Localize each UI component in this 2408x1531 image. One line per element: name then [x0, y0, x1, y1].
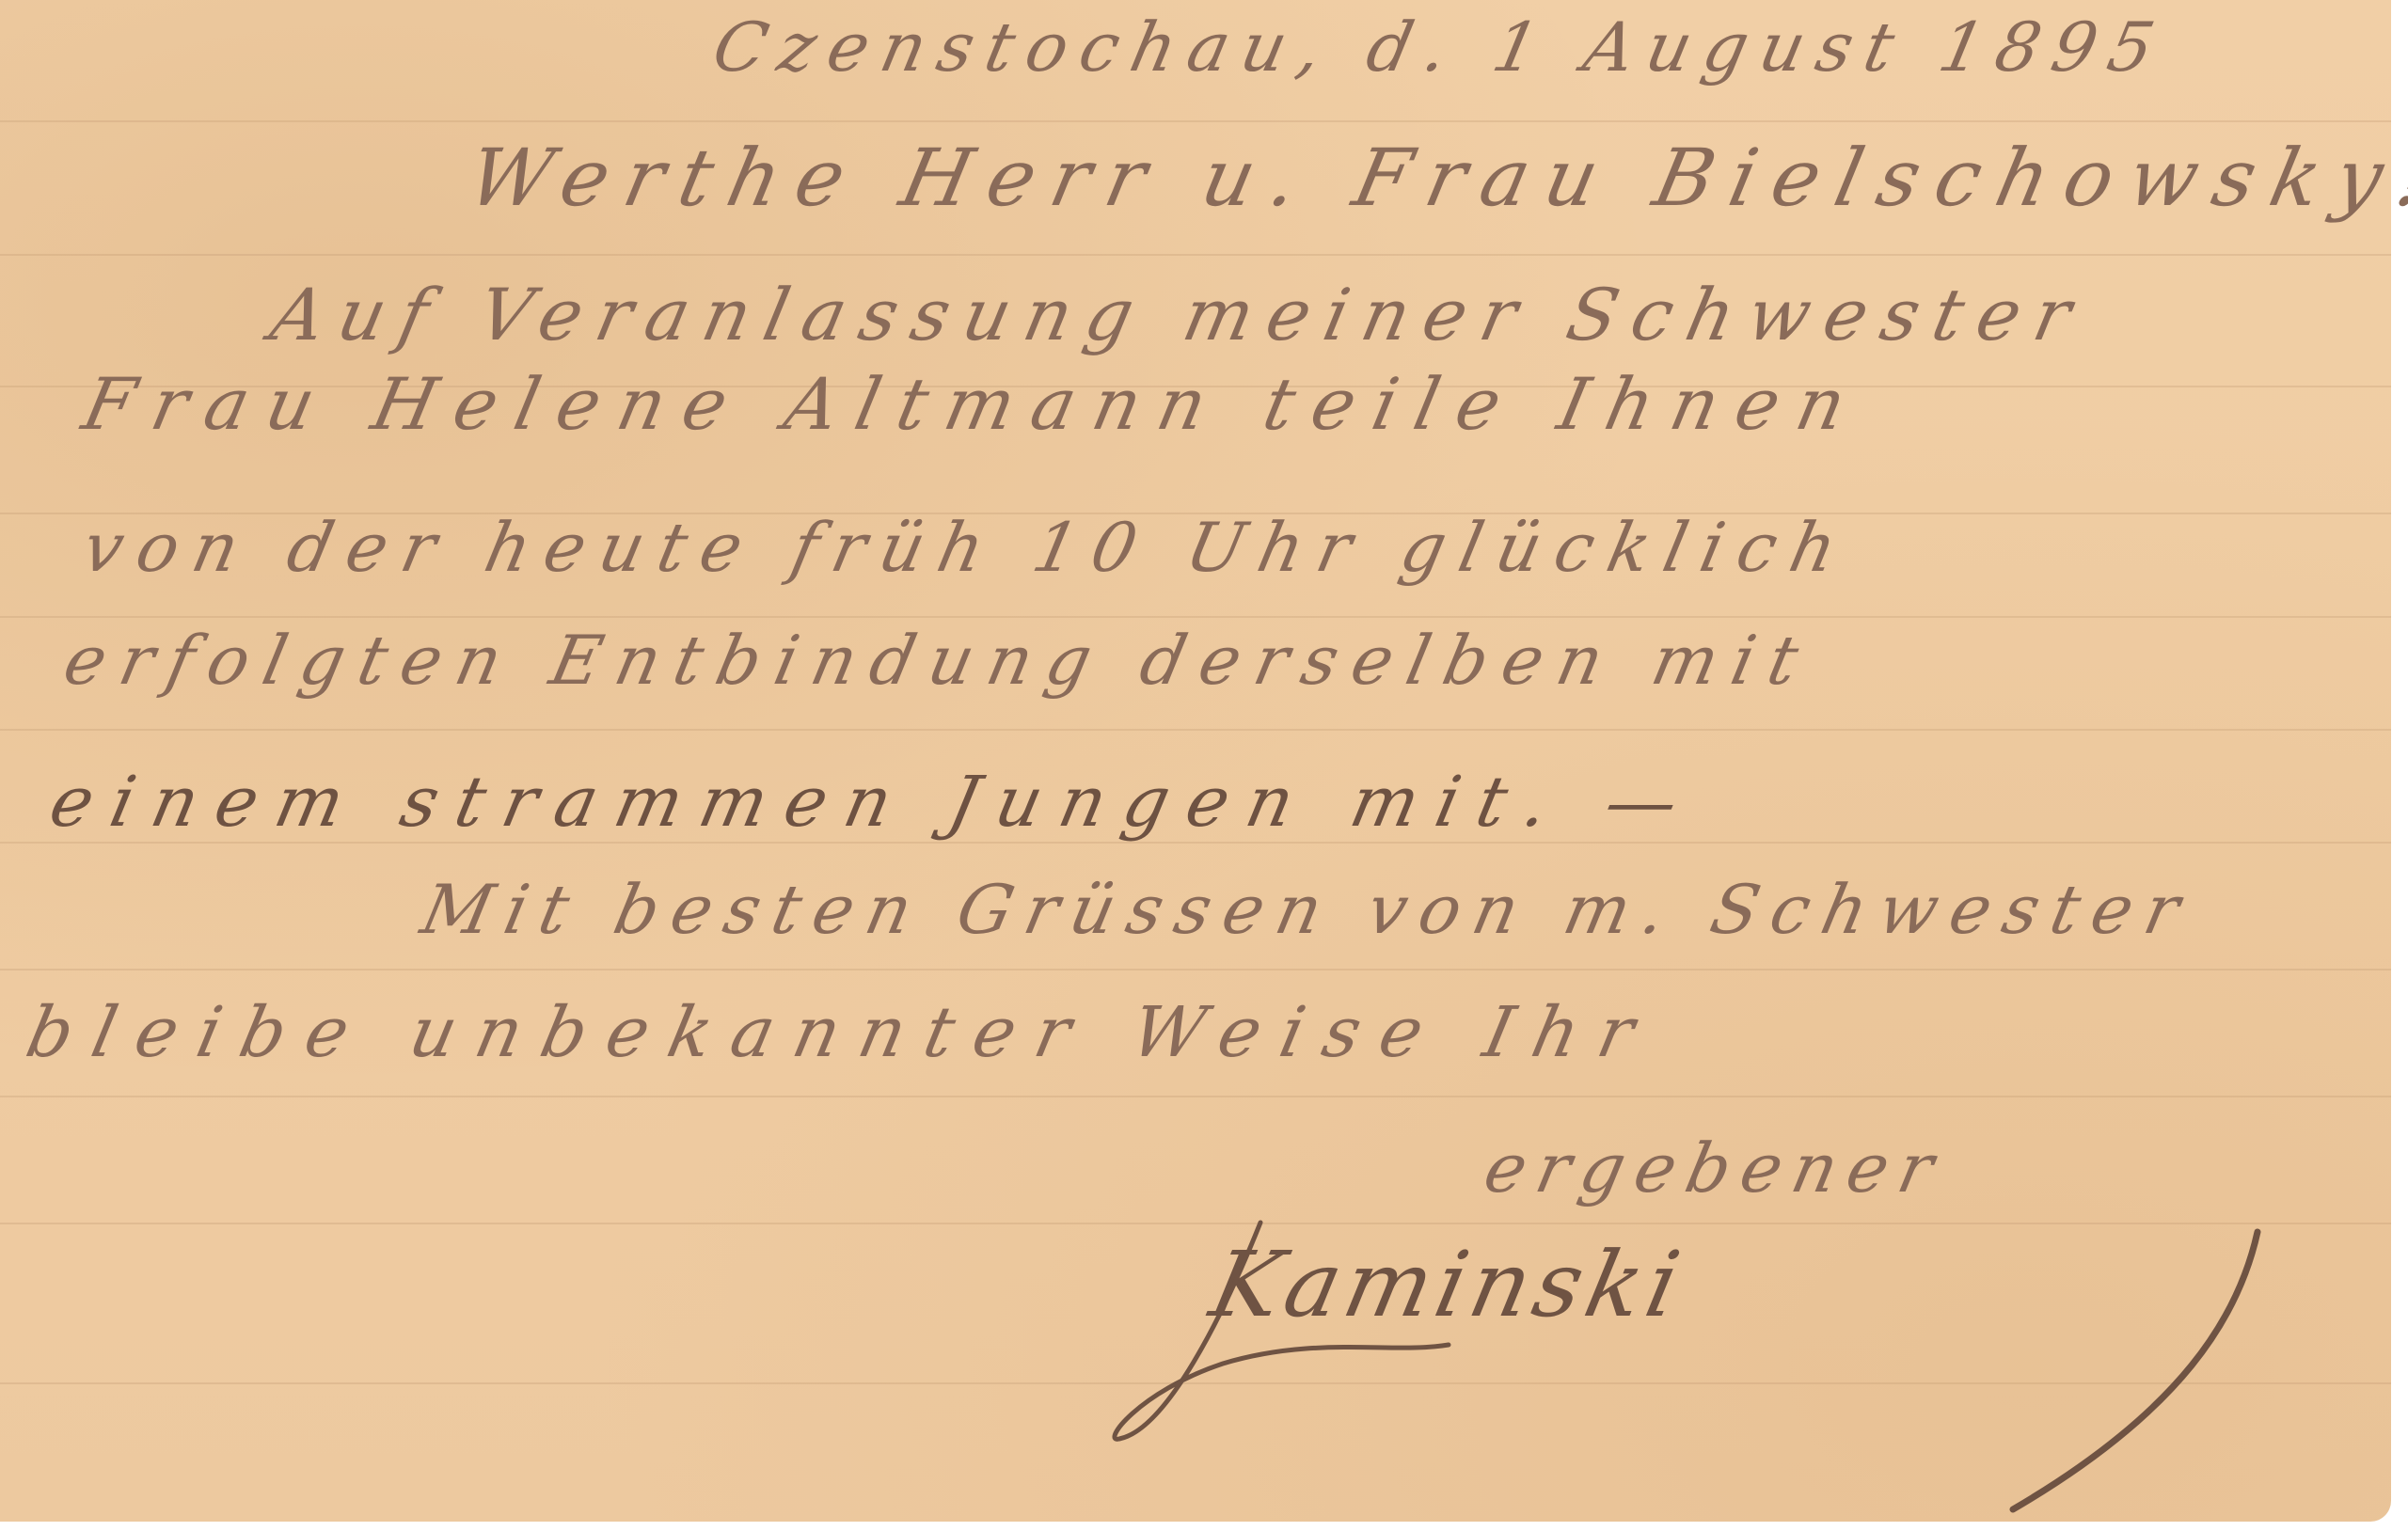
ruled-line: [0, 969, 2391, 971]
dateline: Czenstochau, d. 1 August 1895: [706, 8, 2174, 87]
closing: ergebener: [1478, 1129, 1952, 1207]
ruled-line: [0, 729, 2391, 731]
ruled-line: [0, 120, 2391, 122]
ruled-line: [0, 616, 2391, 618]
body-line-7: bleibe unbekannter Weise Ihr: [20, 992, 1662, 1073]
body-line-4: erfolgten Entbindung derselben mit: [57, 621, 1820, 700]
body-line-1: Auf Veranlassung meiner Schwester: [264, 273, 2094, 356]
postcard: Czenstochau, d. 1 August 1895 Werthe Her…: [0, 0, 2391, 1522]
ruled-line: [0, 254, 2391, 256]
body-line-5: einem strammen Jungen mit. —: [43, 762, 1703, 843]
body-line-2: Frau Helene Altmann teile Ihnen: [76, 362, 1872, 446]
body-line-3: von der heute früh 10 Uhr glücklich: [76, 508, 1859, 587]
body-line-6: Mit besten Grüssen von m. Schwester: [415, 870, 2199, 949]
ruled-line: [0, 1096, 2391, 1097]
greeting: Werthe Herr u. Frau Bielschowsky!: [461, 132, 2408, 224]
signature-flourish-icon: [1110, 1204, 2276, 1514]
